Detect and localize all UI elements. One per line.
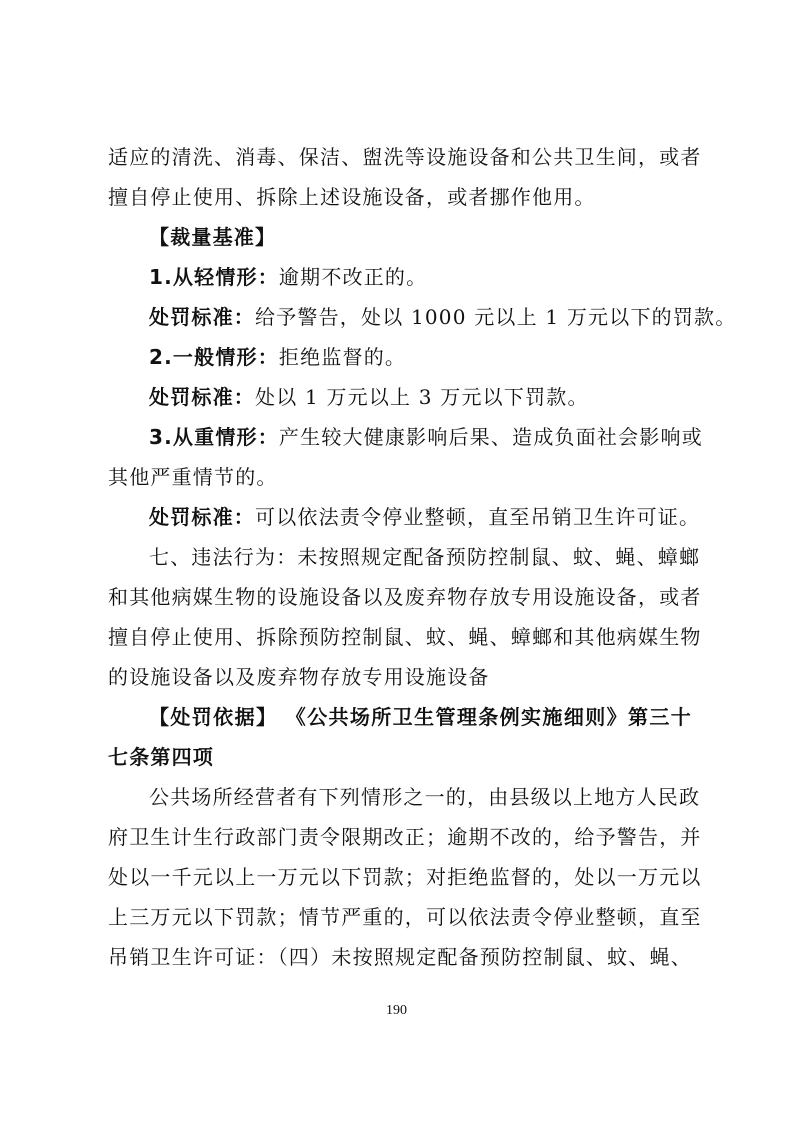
document-page: 适应的清洗、消毒、保洁、盥洗等设施设备和公共卫生间，或者 擅自停止使用、拆除上述… [108,137,692,977]
body-text-line: 擅自停止使用、拆除上述设施设备，或者挪作他用。 [108,177,692,217]
violation-line: 和其他病媒生物的设施设备以及废弃物存放专用设施设备，或者 [108,577,692,617]
article-line: 处以一千元以上一万元以下罚款；对拒绝监督的，处以一万元以 [108,857,692,897]
article-line: 公共场所经营者有下列情形之一的，由县级以上地方人民政 [108,777,692,817]
general-penalty: 处罚标准：处以 1 万元以上 3 万元以下罚款。 [108,377,692,417]
general-penalty-label: 处罚标准： [149,385,255,409]
severe-case: 3.从重情形：产生较大健康影响后果、造成负面社会影响或 [108,417,692,457]
violation-line: 的设施设备以及废弃物存放专用设施设备 [108,657,692,697]
general-penalty-text: 处以 1 万元以上 3 万元以下罚款。 [255,385,589,409]
general-case-text: 拒绝监督的。 [279,345,406,369]
article-line: 府卫生计生行政部门责令限期改正；逾期不改的，给予警告，并 [108,817,692,857]
light-penalty-text: 给予警告，处以 1000 元以上 1 万元以下的罚款。 [255,305,736,329]
criteria-heading: 【裁量基准】 [108,217,692,257]
severe-case-continued: 其他严重情节的。 [108,457,692,497]
article-line: 上三万元以下罚款；情节严重的，可以依法责令停业整顿，直至 [108,897,692,937]
light-penalty: 处罚标准：给予警告，处以 1000 元以上 1 万元以下的罚款。 [108,297,692,337]
basis-heading: 【处罚依据】 《公共场所卫生管理条例实施细则》第三十 [108,697,692,737]
severe-penalty: 处罚标准：可以依法责令停业整顿，直至吊销卫生许可证。 [108,497,692,537]
severe-penalty-text: 可以依法责令停业整顿，直至吊销卫生许可证。 [255,505,700,529]
light-case-text: 逾期不改正的。 [279,265,427,289]
article-line: 吊销卫生许可证：（四）未按照规定配备预防控制鼠、蚊、蝇、 [108,937,692,977]
severe-case-label: 3.从重情形： [149,425,279,449]
light-case: 1.从轻情形：逾期不改正的。 [108,257,692,297]
light-case-label: 1.从轻情形： [149,265,279,289]
basis-heading-continued: 七条第四项 [108,737,692,777]
severe-penalty-label: 处罚标准： [149,505,255,529]
violation-line: 擅自停止使用、拆除预防控制鼠、蚊、蝇、蟑螂和其他病媒生物 [108,617,692,657]
body-text-line: 适应的清洗、消毒、保洁、盥洗等设施设备和公共卫生间，或者 [108,137,692,177]
light-penalty-label: 处罚标准： [149,305,255,329]
general-case-label: 2.一般情形： [149,345,279,369]
page-number: 190 [0,1003,793,1019]
general-case: 2.一般情形：拒绝监督的。 [108,337,692,377]
violation-line: 七、违法行为：未按照规定配备预防控制鼠、蚊、蝇、蟑螂 [108,537,692,577]
severe-case-text: 产生较大健康影响后果、造成负面社会影响或 [279,425,703,449]
